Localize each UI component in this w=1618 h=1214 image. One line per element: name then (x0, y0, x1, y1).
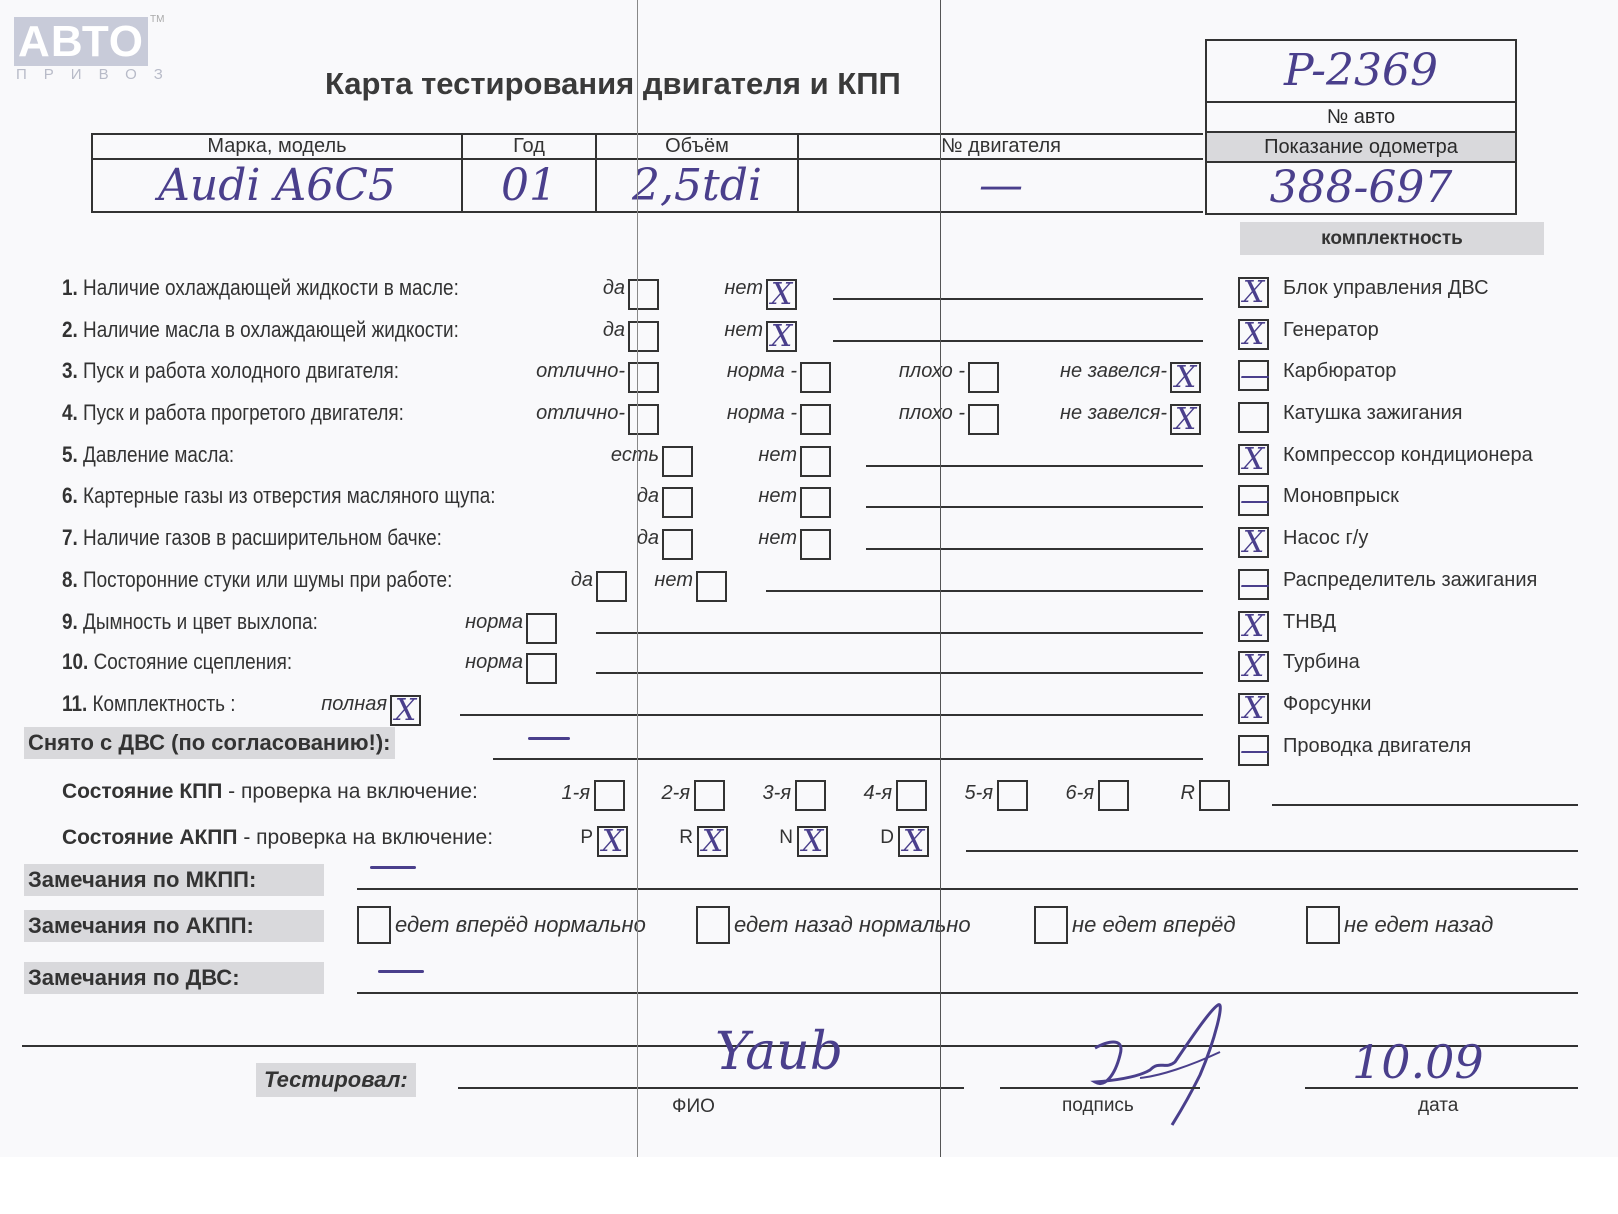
option-label: есть (611, 444, 659, 467)
option-label: нет (724, 319, 763, 342)
akpp-label: Состояние АКПП - проверка на включение: (62, 826, 493, 850)
option-checkbox[interactable] (968, 404, 999, 435)
option-label: нет (758, 444, 797, 467)
car-number-field[interactable]: P-2369 (1207, 41, 1515, 103)
gear-label: 3-я (763, 782, 791, 805)
check-mark-icon: X (768, 317, 795, 357)
check-item-text: Пуск и работа прогретого двигателя: (83, 400, 404, 425)
check-mark-icon: X (1240, 440, 1267, 480)
check-item-label: 3. Пуск и работа холодного двигателя: (62, 358, 399, 384)
dash-mark-icon: — (1240, 565, 1267, 605)
check-item-number: 1. (62, 275, 83, 300)
check-item-number: 3. (62, 358, 83, 383)
option-label: да (603, 319, 625, 342)
col-model-header: Марка, модель (92, 134, 462, 159)
check-mark-icon: X (900, 822, 927, 862)
col-year-header: Год (462, 134, 596, 159)
akpp-remark-label: едет назад нормально (734, 912, 971, 938)
page-title: Карта тестирования двигателя и КПП (325, 66, 901, 102)
completeness-item-label: Распределитель зажигания (1283, 569, 1537, 592)
akpp-mode-label: D (880, 827, 894, 849)
option-checkbox[interactable] (662, 487, 693, 518)
option-label: плохо - (899, 402, 965, 425)
akpp-remark-label: не едет назад (1344, 912, 1493, 938)
check-mark-icon: X (599, 822, 626, 862)
check-notes-line[interactable] (460, 714, 1203, 716)
check-item-label: 10. Состояние сцепления: (62, 649, 292, 675)
check-notes-line[interactable] (596, 672, 1203, 674)
gear-label: 1-я (562, 782, 590, 805)
gear-checkbox[interactable] (594, 780, 625, 811)
akpp-remark-checkbox[interactable] (696, 906, 730, 944)
date-caption: дата (1418, 1095, 1458, 1117)
completeness-item-label: Карбюратор (1283, 360, 1396, 383)
option-label: да (603, 277, 625, 300)
option-checkbox[interactable] (662, 529, 693, 560)
akpp-mode-checkbox[interactable]: X (697, 826, 728, 857)
akpp-remarks-label: Замечания по АКПП: (24, 910, 324, 942)
scan-fold-line (637, 0, 638, 1157)
option-checkbox[interactable] (800, 529, 831, 560)
dvs-remarks-label: Замечания по ДВС: (24, 962, 324, 994)
check-item-text: Посторонние стуки или шумы при работе: (83, 567, 452, 592)
check-mark-icon: X (799, 822, 826, 862)
check-item-number: 6. (62, 483, 83, 508)
tester-name-value: Yaub (715, 1022, 843, 1082)
vehicle-header-table: Марка, модель Год Объём № двигателя Audi… (91, 133, 1203, 213)
year-value: 01 (501, 160, 557, 211)
signature-line[interactable] (1000, 1087, 1200, 1089)
completeness-checkbox[interactable]: X (1238, 527, 1269, 558)
option-checkbox[interactable] (628, 321, 659, 352)
check-item-number: 10. (62, 649, 94, 674)
akpp-mode-label: P (580, 827, 593, 849)
completeness-checkbox[interactable]: X (1238, 319, 1269, 350)
completeness-item-label: Катушка зажигания (1283, 402, 1463, 425)
option-checkbox[interactable] (526, 653, 557, 684)
option-checkbox[interactable]: X (766, 279, 797, 310)
option-checkbox[interactable]: X (1170, 404, 1201, 435)
completeness-item-label: ТНВД (1283, 611, 1336, 634)
akpp-label-bold: Состояние АКПП (62, 826, 238, 849)
check-item-label: 9. Дымность и цвет выхлопа: (62, 609, 318, 635)
option-checkbox[interactable] (628, 362, 659, 393)
completeness-item-label: Форсунки (1283, 693, 1371, 716)
option-checkbox[interactable] (800, 404, 831, 435)
kpp-label-rest: - проверка на включение: (222, 780, 478, 803)
model-field[interactable]: Audi A6C5 (92, 159, 462, 212)
volume-field[interactable]: 2,5tdi (596, 159, 798, 212)
tested-by-label: Тестировал: (256, 1063, 416, 1097)
akpp-remark-checkbox[interactable] (357, 906, 391, 944)
gear-label: 2-я (662, 782, 690, 805)
akpp-remark-checkbox[interactable] (1034, 906, 1068, 944)
akpp-mode-label: N (779, 827, 793, 849)
check-item-label: 8. Посторонние стуки или шумы при работе… (62, 567, 452, 593)
option-label: норма - (727, 360, 797, 383)
check-mark-icon: X (1240, 523, 1267, 563)
completeness-checkbox[interactable]: — (1238, 485, 1269, 516)
completeness-checkbox[interactable]: X (1238, 651, 1269, 682)
option-label: не завелся- (1060, 402, 1167, 425)
mkpp-remarks-line[interactable] (357, 888, 1578, 890)
dash-mark-icon: — (1240, 481, 1267, 521)
check-notes-line[interactable] (866, 465, 1203, 467)
option-checkbox[interactable] (800, 487, 831, 518)
car-number-value: P-2369 (1284, 45, 1438, 96)
gear-label: 5-я (965, 782, 993, 805)
completeness-item-label: Проводка двигателя (1283, 735, 1471, 758)
col-engine-number-header: № двигателя (798, 134, 1203, 159)
option-checkbox[interactable]: X (1170, 362, 1201, 393)
gear-checkbox[interactable] (896, 780, 927, 811)
col-volume-header: Объём (596, 134, 798, 159)
dvs-remarks-dash (378, 970, 424, 973)
year-field[interactable]: 01 (462, 159, 596, 212)
engine-number-value: — (979, 160, 1023, 211)
akpp-remark-checkbox[interactable] (1306, 906, 1340, 944)
completeness-item-label: Компрессор кондиционера (1283, 444, 1533, 467)
check-mark-icon: X (1240, 607, 1267, 647)
option-label: норма (465, 651, 523, 674)
akpp-notes-line[interactable] (966, 850, 1578, 852)
option-label: отлично- (536, 360, 625, 383)
option-checkbox[interactable] (696, 571, 727, 602)
check-item-text: Давление масла: (83, 442, 234, 467)
gear-label: R (1181, 782, 1195, 805)
check-notes-line[interactable] (866, 548, 1203, 550)
check-item-text: Наличие охлаждающей жидкости в масле: (83, 275, 459, 300)
option-label: да (637, 527, 659, 550)
check-item-label: 6. Картерные газы из отверстия масляного… (62, 483, 495, 509)
completeness-item-label: Турбина (1283, 651, 1360, 674)
check-item-label: 5. Давление масла: (62, 442, 234, 468)
check-notes-line[interactable] (596, 632, 1203, 634)
completeness-checkbox[interactable]: X (1238, 611, 1269, 642)
completeness-item-label: Моновпрыск (1283, 485, 1399, 508)
option-checkbox[interactable] (800, 362, 831, 393)
option-label: да (571, 569, 593, 592)
gear-checkbox[interactable] (1098, 780, 1129, 811)
completeness-checkbox[interactable] (1238, 402, 1269, 433)
option-label: отлично- (536, 402, 625, 425)
check-item-label: 4. Пуск и работа прогретого двигателя: (62, 400, 404, 426)
model-value: Audi A6C5 (158, 160, 396, 211)
option-checkbox[interactable] (596, 571, 627, 602)
check-mark-icon: X (1240, 689, 1267, 729)
check-item-label: 7. Наличие газов в расширительном бачке: (62, 525, 442, 551)
check-notes-line[interactable] (766, 590, 1203, 592)
tester-name-line[interactable] (458, 1087, 964, 1089)
check-item-number: 7. (62, 525, 83, 550)
check-item-label: 11. Комплектность : (62, 691, 236, 717)
check-mark-icon: X (1172, 358, 1199, 398)
akpp-remark-label: едет вперёд нормально (395, 912, 646, 938)
completeness-checkbox[interactable]: X (1238, 277, 1269, 308)
completeness-checkbox[interactable]: — (1238, 360, 1269, 391)
akpp-label-rest: - проверка на включение: (238, 826, 494, 849)
logo-tm: TM (150, 14, 164, 25)
odometer-value: 388-697 (1270, 162, 1453, 213)
option-label: норма - (727, 402, 797, 425)
akpp-mode-checkbox[interactable]: X (898, 826, 929, 857)
kpp-label-bold: Состояние КПП (62, 780, 222, 803)
option-checkbox[interactable] (526, 613, 557, 644)
check-mark-icon: X (699, 822, 726, 862)
completeness-item-label: Генератор (1283, 319, 1379, 342)
odometer-field[interactable]: 388-697 (1207, 163, 1515, 213)
check-item-number: 4. (62, 400, 83, 425)
gear-checkbox[interactable] (694, 780, 725, 811)
kpp-notes-line[interactable] (1272, 804, 1578, 806)
check-item-text: Картерные газы из отверстия масляного щу… (83, 483, 495, 508)
dvs-remarks-line[interactable] (357, 992, 1578, 994)
option-label: нет (758, 485, 797, 508)
scan-fold-line (940, 0, 941, 1157)
check-notes-line[interactable] (833, 298, 1203, 300)
check-item-text: Дымность и цвет выхлопа: (83, 609, 318, 634)
check-item-label: 1. Наличие охлаждающей жидкости в масле: (62, 275, 459, 301)
check-mark-icon: X (1172, 400, 1199, 440)
check-mark-icon: X (1240, 315, 1267, 355)
check-item-number: 5. (62, 442, 83, 467)
akpp-mode-label: R (679, 827, 693, 849)
check-mark-icon: X (392, 691, 419, 731)
gear-checkbox[interactable] (997, 780, 1028, 811)
car-info-box: P-2369 № авто Показание одометра 388-697 (1205, 39, 1517, 215)
dash-mark-icon: — (1240, 356, 1267, 396)
mkpp-remarks-dash (370, 866, 416, 869)
check-item-text: Комплектность : (93, 691, 236, 716)
check-item-number: 9. (62, 609, 83, 634)
dash-mark-icon: — (1240, 731, 1267, 771)
logo-subtitle: ПРИВОЗ (16, 66, 180, 83)
completeness-item-label: Блок управления ДВС (1283, 277, 1489, 300)
mkpp-remarks-label: Замечания по МКПП: (24, 864, 324, 896)
tester-name-caption: ФИО (672, 1096, 715, 1118)
removed-value-dash (528, 737, 570, 740)
check-item-label: 2. Наличие масла в охлаждающей жидкости: (62, 317, 459, 343)
volume-value: 2,5tdi (632, 160, 762, 211)
option-label: нет (654, 569, 693, 592)
date-value: 10.09 (1352, 1035, 1484, 1089)
check-item-number: 11. (62, 691, 93, 716)
completeness-item-label: Насос г/у (1283, 527, 1368, 550)
logo: АВТО (14, 17, 148, 66)
car-number-label: № авто (1207, 103, 1515, 133)
option-checkbox[interactable] (800, 446, 831, 477)
gear-checkbox[interactable] (1199, 780, 1230, 811)
completeness-checkbox[interactable]: — (1238, 569, 1269, 600)
date-line[interactable] (1305, 1087, 1578, 1089)
akpp-mode-checkbox[interactable]: X (597, 826, 628, 857)
option-label: плохо - (899, 360, 965, 383)
option-checkbox[interactable]: X (766, 321, 797, 352)
option-checkbox[interactable]: X (390, 695, 421, 726)
option-label: нет (724, 277, 763, 300)
check-item-text: Пуск и работа холодного двигателя: (83, 358, 399, 383)
check-mark-icon: X (768, 275, 795, 315)
option-checkbox[interactable] (968, 362, 999, 393)
akpp-remark-label: не едет вперёд (1072, 912, 1236, 938)
completeness-checkbox[interactable]: X (1238, 693, 1269, 724)
engine-number-field[interactable]: — (798, 159, 1203, 212)
option-label: не завелся- (1060, 360, 1167, 383)
removed-input-line[interactable] (493, 758, 1203, 760)
check-notes-line[interactable] (866, 506, 1203, 508)
akpp-mode-checkbox[interactable]: X (797, 826, 828, 857)
check-item-text: Наличие газов в расширительном бачке: (83, 525, 442, 550)
odometer-label: Показание одометра (1207, 133, 1515, 163)
kpp-label: Состояние КПП - проверка на включение: (62, 780, 478, 804)
option-checkbox[interactable] (662, 446, 693, 477)
option-checkbox[interactable] (628, 404, 659, 435)
check-item-number: 2. (62, 317, 83, 342)
check-item-text: Состояние сцепления: (94, 649, 293, 674)
completeness-heading: комплектность (1240, 222, 1544, 255)
option-label: норма (465, 611, 523, 634)
check-mark-icon: X (1240, 273, 1267, 313)
signature-caption: подпись (1062, 1095, 1134, 1117)
option-label: да (637, 485, 659, 508)
scanned-sheet: АВТО TM ПРИВОЗ Карта тестирования двигат… (0, 0, 1618, 1157)
check-mark-icon: X (1240, 647, 1267, 687)
check-item-text: Наличие масла в охлаждающей жидкости: (83, 317, 459, 342)
gear-label: 6-я (1066, 782, 1094, 805)
option-label: полная (321, 693, 387, 716)
completeness-checkbox[interactable]: — (1238, 735, 1269, 766)
check-item-number: 8. (62, 567, 83, 592)
gear-label: 4-я (864, 782, 892, 805)
gear-checkbox[interactable] (795, 780, 826, 811)
option-checkbox[interactable] (628, 279, 659, 310)
check-notes-line[interactable] (833, 340, 1203, 342)
option-label: нет (758, 527, 797, 550)
removed-label: Снято с ДВС (по согласованию!): (24, 727, 395, 759)
completeness-checkbox[interactable]: X (1238, 444, 1269, 475)
